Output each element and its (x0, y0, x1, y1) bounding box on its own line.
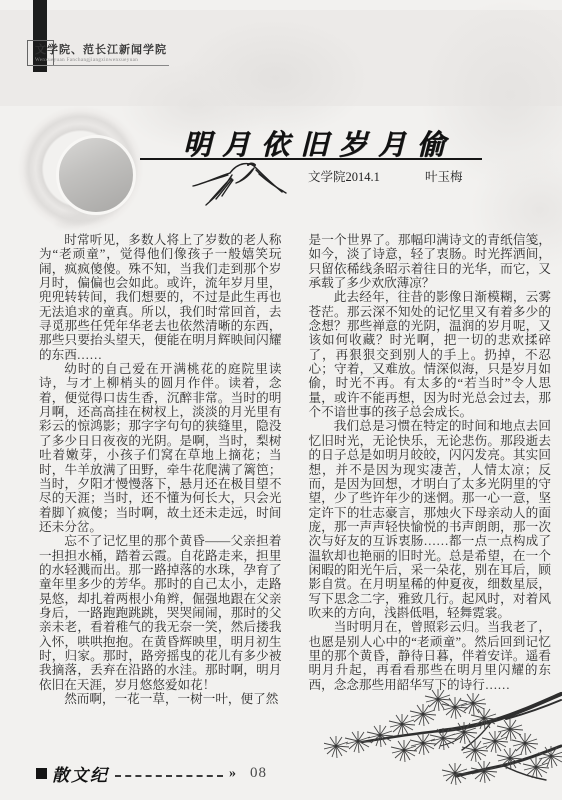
page-footer: 散文纪 » 08 (36, 761, 267, 786)
paragraph: 忘不了记忆里的那个黄昏——父亲担着一担担水桶，踏着云霞。自花路走来，担里的水轻溅… (39, 534, 282, 692)
department-label: 文学院、范长江新闻学院 (35, 41, 167, 57)
footer-square-icon (36, 768, 47, 779)
footer-section-label: 散文纪 (52, 761, 109, 786)
byline: 文学院2014.1 叶玉梅 (308, 167, 463, 185)
ink-wash-circle-icon (16, 104, 146, 236)
department-badge: 文学院、范长江新闻学院 Wenxueyuan Fanchangjiangxinw… (27, 38, 169, 66)
paragraph: 是一个世界了。那幅印满诗文的青纸信笺，如今，淡了诗意，轻了衷肠。时光挥洒间，只留… (309, 233, 552, 290)
footer-leader-dashes (115, 774, 223, 777)
magazine-page: { "header": { "department": "文学院、范长江新闻学院… (0, 0, 562, 800)
paragraph: 幼时的自己爱在开满桃花的庭院里读诗，与才上柳梢头的圆月作伴。读着，念着，便觉得口… (39, 362, 282, 534)
column-left: 时常听见，多数人将上了岁数的老人称为“老顽童”，觉得他们像孩子一般嬉笑玩闹，疯疯… (39, 233, 282, 706)
pine-branch-icon (324, 680, 562, 786)
byline-source: 文学院2014.1 (308, 170, 380, 184)
column-right: 是一个世界了。那幅印满诗文的青纸信笺，如今，淡了诗意，轻了衷肠。时光挥洒间，只留… (309, 233, 552, 706)
paragraph: 此去经年，往昔的影像日渐模糊，云雾苍茫。那云深不知处的记忆里又有着多少的念想？那… (309, 290, 552, 419)
paragraph: 我们总是习惯在特定的时间和地点去回忆旧时光，无论快乐，无论悲伤。那段逝去的日子总… (309, 419, 552, 620)
flying-crane-icon (186, 157, 304, 221)
footer-page-number: 08 (250, 765, 267, 782)
paragraph: 时常听见，多数人将上了岁数的老人称为“老顽童”，觉得他们像孩子一般嬉笑玩闹，疯疯… (39, 233, 282, 362)
article-body: 时常听见，多数人将上了岁数的老人称为“老顽童”，觉得他们像孩子一般嬉笑玩闹，疯疯… (39, 233, 551, 706)
footer-arrow-icon: » (229, 766, 236, 782)
department-pinyin: Wenxueyuan Fanchangjiangxinwenxueyuan (35, 58, 167, 63)
paragraph: 然而啊，一花一草，一树一叶，便了然 (39, 692, 282, 706)
byline-author: 叶玉梅 (425, 170, 463, 184)
